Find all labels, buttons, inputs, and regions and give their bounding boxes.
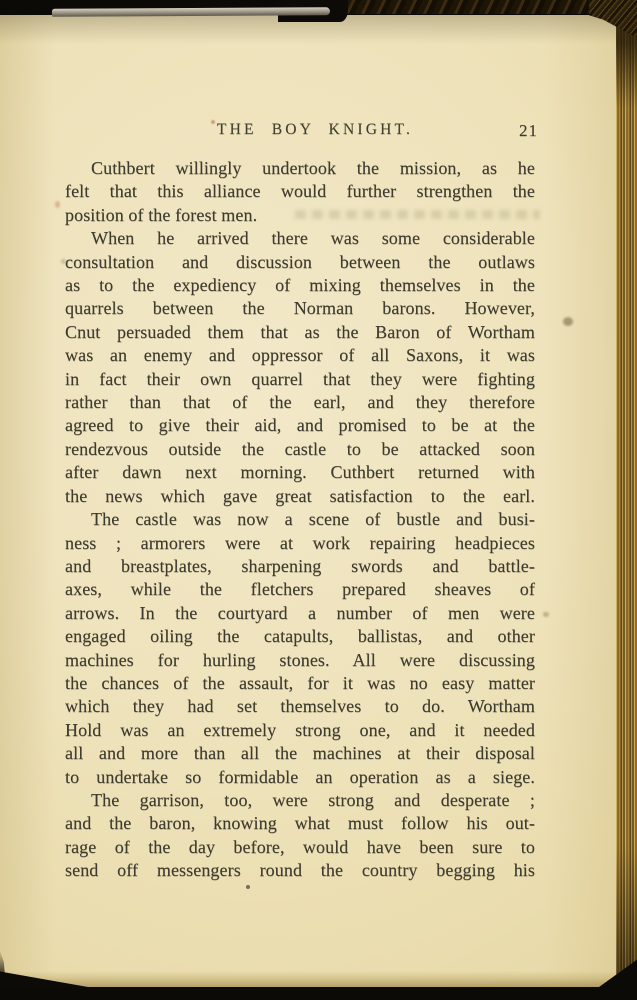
- book-scan-photo: THE BOY KNIGHT. 21 Cuthbert willingly un…: [0, 0, 637, 1000]
- bottom-shadow-band: [0, 987, 637, 1000]
- ink-speck: [563, 317, 573, 326]
- fore-edge-page-stack: [616, 14, 637, 980]
- text-line: agreed to give their aid, and promised t…: [65, 414, 535, 437]
- text-line: send off messengers round the country be…: [65, 859, 535, 882]
- text-line: the news which gave great satisfaction t…: [65, 485, 535, 508]
- text-line: When he arrived there was some considera…: [65, 227, 535, 250]
- text-line: rendezvous outside the castle to be atta…: [65, 438, 535, 461]
- text-line: Cuthbert willingly undertook the mission…: [65, 157, 535, 180]
- text-line: felt that this alliance would further st…: [65, 180, 535, 203]
- text-line: rage of the day before, would have been …: [65, 836, 535, 859]
- ink-speck: [61, 259, 66, 264]
- text-line: The garrison, too, were strong and despe…: [65, 789, 535, 812]
- paragraph: The garrison, too, were strong and despe…: [65, 789, 535, 883]
- text-line: the chances of the assault, for it was n…: [65, 672, 535, 695]
- paragraph: When he arrived there was some considera…: [65, 227, 535, 508]
- text-line: engaged oiling the catapults, ballistas,…: [65, 625, 535, 648]
- text-line: quarrels between the Norman barons. Howe…: [65, 297, 535, 320]
- text-line: as to the expediency of mixing themselve…: [65, 274, 535, 297]
- ink-speck: [211, 120, 215, 124]
- page-header: THE BOY KNIGHT. 21: [65, 121, 535, 143]
- text-line: consultation and discussion between the …: [65, 251, 535, 274]
- text-line: arrows. In the courtyard a number of men…: [65, 602, 535, 625]
- text-line: which they had set themselves to do. Wor…: [65, 695, 535, 718]
- text-line: in fact their own quarrel that they were…: [65, 368, 535, 391]
- text-line: rather than that of the earl, and they t…: [65, 391, 535, 414]
- text-line: Cnut persuaded them that as the Baron of…: [65, 321, 535, 344]
- text-line: The castle was now a scene of bustle and…: [65, 508, 535, 531]
- ink-speck: [246, 885, 250, 889]
- page-number: 21: [519, 121, 538, 141]
- text-line: to undertake so formidable an operation …: [65, 766, 535, 789]
- book-cover-top-edge: [330, 0, 610, 14]
- text-line: machines for hurling stones. All were di…: [65, 649, 535, 672]
- text-line: and breastplates, sharpening swords and …: [65, 555, 535, 578]
- text-block: Cuthbert willingly undertook the mission…: [65, 157, 535, 883]
- ink-speck: [543, 612, 549, 617]
- page-bottom-edge-shadow: [0, 971, 618, 987]
- text-line: Hold was an extremely strong one, and it…: [65, 719, 535, 742]
- text-line: axes, while the fletchers prepared sheav…: [65, 578, 535, 601]
- running-title: THE BOY KNIGHT.: [217, 121, 413, 139]
- paragraph: The castle was now a scene of bustle and…: [65, 508, 535, 789]
- text-line: ness ; armorers were at work repairing h…: [65, 532, 535, 555]
- text-line: was an enemy and oppressor of all Saxons…: [65, 344, 535, 367]
- show-through-ghost-text: [295, 210, 540, 219]
- text-line: and the baron, knowing what must follow …: [65, 812, 535, 835]
- ink-speck: [55, 201, 60, 208]
- text-line: all and more than all the machines at th…: [65, 742, 535, 765]
- book-page: THE BOY KNIGHT. 21 Cuthbert willingly un…: [0, 14, 618, 987]
- text-line: after dawn next morning. Cuthbert return…: [65, 461, 535, 484]
- curled-page-edge: [52, 7, 330, 16]
